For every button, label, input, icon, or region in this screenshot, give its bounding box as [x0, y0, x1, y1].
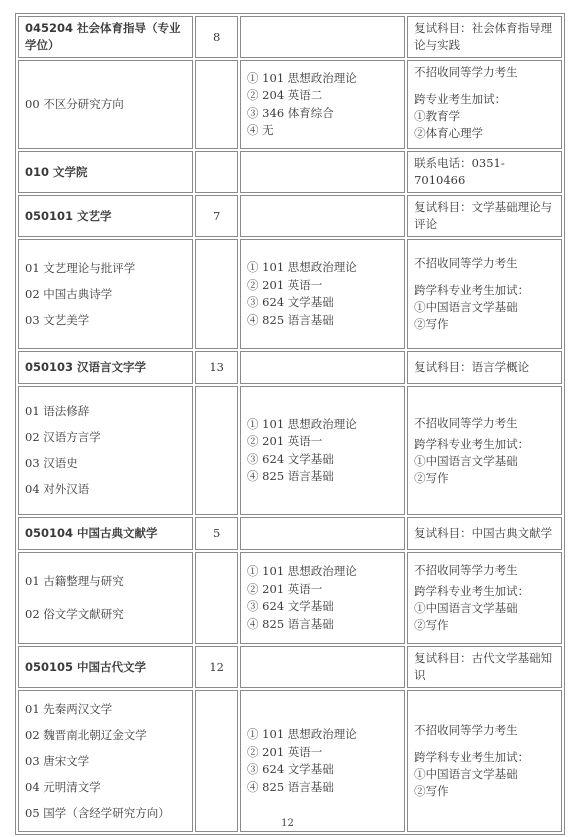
exam-subjects [240, 517, 405, 550]
detail-row: 00 不区分研究方向 ① 101 思想政治理论 ② 204 英语二 ③ 346 … [18, 60, 562, 149]
research-direction: 02 俗文学文献研究 [25, 606, 186, 623]
exam-subject: ① 101 思想政治理论 [247, 70, 398, 88]
remarks: 复试科目：中国古典文献学 [407, 517, 562, 550]
remark-extra-subject: ②写作 [414, 617, 555, 634]
exam-subject: ② 201 英语一 [247, 277, 398, 295]
remark-no-equivalent: 不招收同等学力考生 [414, 255, 555, 272]
exam-subject: ③ 624 文学基础 [247, 451, 398, 469]
remark-extra-exam: 跨学科专业考生加试： [414, 583, 555, 600]
enrollment-quota: 8 [195, 16, 238, 58]
enrollment-quota: 12 [195, 646, 238, 688]
research-direction: 03 唐宋文学 [25, 753, 186, 770]
research-direction: 01 先秦两汉文学 [25, 701, 186, 718]
remark-no-equivalent: 不招收同等学力考生 [414, 64, 555, 81]
remark-extra-exam: 跨专业考生加试： [414, 91, 555, 108]
exam-subject: ④ 825 语言基础 [247, 779, 398, 797]
detail-row: 01 先秦两汉文学 02 魏晋南北朝辽金文学 03 唐宋文学 04 元明清文学 … [18, 690, 562, 832]
exam-subjects: ① 101 思想政治理论 ② 201 英语一 ③ 624 文学基础 ④ 825 … [240, 690, 405, 832]
major-row: 050103 汉语言文字学 13 复试科目：语言学概论 [18, 351, 562, 384]
exam-subject: ② 204 英语二 [247, 87, 398, 105]
exam-subject: ④ 825 语言基础 [247, 312, 398, 330]
research-direction: 01 语法修辞 [25, 403, 186, 420]
remarks: 复试科目：社会体育指导理论与实践 [407, 16, 562, 58]
research-direction: 01 古籍整理与研究 [25, 573, 186, 590]
exam-subject: ① 101 思想政治理论 [247, 259, 398, 277]
exam-subject: ① 101 思想政治理论 [247, 563, 398, 581]
remark-extra-exam: 跨学科专业考生加试： [414, 282, 555, 299]
exam-subjects: ① 101 思想政治理论 ② 201 英语一 ③ 624 文学基础 ④ 825 … [240, 239, 405, 349]
research-direction: 03 文艺美学 [25, 312, 186, 329]
remarks: 不招收同等学力考生 跨学科专业考生加试： ①中国语言文学基础 ②写作 [407, 239, 562, 349]
major-name: 050103 汉语言文字学 [18, 351, 193, 384]
remarks: 复试科目：文学基础理论与评论 [407, 195, 562, 237]
enrollment-quota [195, 239, 238, 349]
detail-row: 01 文艺理论与批评学 02 中国古典诗学 03 文艺美学 ① 101 思想政治… [18, 239, 562, 349]
research-direction: 02 汉语方言学 [25, 429, 186, 446]
remark-extra-subject: ①中国语言文学基础 [414, 299, 555, 316]
detail-row: 01 古籍整理与研究 02 俗文学文献研究 ① 101 思想政治理论 ② 201… [18, 552, 562, 644]
research-directions: 00 不区分研究方向 [18, 60, 193, 149]
exam-subjects [240, 151, 405, 193]
enrollment-quota: 13 [195, 351, 238, 384]
remark-extra-subject: ②写作 [414, 783, 555, 800]
exam-subject: ④ 无 [247, 122, 398, 140]
remark-extra-subject: ①中国语言文学基础 [414, 453, 555, 470]
remark-no-equivalent: 不招收同等学力考生 [414, 722, 555, 739]
enrollment-quota [195, 690, 238, 832]
exam-subjects: ① 101 思想政治理论 ② 204 英语二 ③ 346 体育综合 ④ 无 [240, 60, 405, 149]
remark-extra-subject: ②写作 [414, 470, 555, 487]
major-name: 045204 社会体育指导（专业学位） [18, 16, 193, 58]
exam-subjects [240, 195, 405, 237]
exam-subject: ③ 346 体育综合 [247, 105, 398, 123]
detail-row: 01 语法修辞 02 汉语方言学 03 汉语史 04 对外汉语 ① 101 思想… [18, 386, 562, 515]
exam-subject: ① 101 思想政治理论 [247, 726, 398, 744]
remark-no-equivalent: 不招收同等学力考生 [414, 562, 555, 579]
remark-extra-subject: ②体育心理学 [414, 125, 555, 142]
major-row: 050104 中国古典文献学 5 复试科目：中国古典文献学 [18, 517, 562, 550]
remarks: 不招收同等学力考生 跨学科专业考生加试： ①中国语言文学基础 ②写作 [407, 552, 562, 644]
exam-subject: ③ 624 文学基础 [247, 598, 398, 616]
contact-phone: 联系电话：0351-7010466 [407, 151, 562, 193]
remark-extra-subject: ①中国语言文学基础 [414, 766, 555, 783]
major-name: 050104 中国古典文献学 [18, 517, 193, 550]
enrollment-quota [195, 386, 238, 515]
remark-extra-exam: 跨学科专业考生加试： [414, 436, 555, 453]
research-direction: 04 元明清文学 [25, 779, 186, 796]
exam-subjects [240, 351, 405, 384]
admissions-catalog-table: 045204 社会体育指导（专业学位） 8 复试科目：社会体育指导理论与实践 0… [15, 13, 565, 835]
research-direction: 00 不区分研究方向 [25, 96, 186, 113]
exam-subject: ② 201 英语一 [247, 581, 398, 599]
remarks: 不招收同等学力考生 跨学科专业考生加试： ①中国语言文学基础 ②写作 [407, 386, 562, 515]
remark-extra-subject: ①教育学 [414, 108, 555, 125]
document-page: 045204 社会体育指导（专业学位） 8 复试科目：社会体育指导理论与实践 0… [0, 0, 575, 837]
remarks: 不招收同等学力考生 跨学科专业考生加试： ①中国语言文学基础 ②写作 [407, 690, 562, 832]
exam-subject: ④ 825 语言基础 [247, 468, 398, 486]
research-direction: 04 对外汉语 [25, 481, 186, 498]
enrollment-quota: 7 [195, 195, 238, 237]
college-name: 010 文学院 [18, 151, 193, 193]
major-row: 050105 中国古代文学 12 复试科目：古代文学基础知识 [18, 646, 562, 688]
exam-subject: ③ 624 文学基础 [247, 294, 398, 312]
exam-subjects [240, 16, 405, 58]
research-direction: 02 魏晋南北朝辽金文学 [25, 727, 186, 744]
exam-subject: ④ 825 语言基础 [247, 616, 398, 634]
exam-subject: ① 101 思想政治理论 [247, 416, 398, 434]
remark-no-equivalent: 不招收同等学力考生 [414, 415, 555, 432]
research-direction: 03 汉语史 [25, 455, 186, 472]
exam-subjects [240, 646, 405, 688]
research-directions: 01 语法修辞 02 汉语方言学 03 汉语史 04 对外汉语 [18, 386, 193, 515]
remark-extra-exam: 跨学科专业考生加试： [414, 749, 555, 766]
research-directions: 01 古籍整理与研究 02 俗文学文献研究 [18, 552, 193, 644]
remarks: 复试科目：古代文学基础知识 [407, 646, 562, 688]
exam-subject: ③ 624 文学基础 [247, 761, 398, 779]
exam-subjects: ① 101 思想政治理论 ② 201 英语一 ③ 624 文学基础 ④ 825 … [240, 386, 405, 515]
remark-extra-subject: ②写作 [414, 316, 555, 333]
research-direction: 01 文艺理论与批评学 [25, 260, 186, 277]
college-row: 010 文学院 联系电话：0351-7010466 [18, 151, 562, 193]
major-name: 050105 中国古代文学 [18, 646, 193, 688]
remarks: 不招收同等学力考生 跨专业考生加试： ①教育学 ②体育心理学 [407, 60, 562, 149]
enrollment-quota: 5 [195, 517, 238, 550]
research-directions: 01 先秦两汉文学 02 魏晋南北朝辽金文学 03 唐宋文学 04 元明清文学 … [18, 690, 193, 832]
remark-extra-subject: ①中国语言文学基础 [414, 600, 555, 617]
exam-subjects: ① 101 思想政治理论 ② 201 英语一 ③ 624 文学基础 ④ 825 … [240, 552, 405, 644]
enrollment-quota [195, 552, 238, 644]
exam-subject: ② 201 英语一 [247, 433, 398, 451]
major-name: 050101 文艺学 [18, 195, 193, 237]
research-directions: 01 文艺理论与批评学 02 中国古典诗学 03 文艺美学 [18, 239, 193, 349]
major-row: 050101 文艺学 7 复试科目：文学基础理论与评论 [18, 195, 562, 237]
research-direction: 02 中国古典诗学 [25, 286, 186, 303]
enrollment-quota [195, 151, 238, 193]
major-row: 045204 社会体育指导（专业学位） 8 复试科目：社会体育指导理论与实践 [18, 16, 562, 58]
remarks: 复试科目：语言学概论 [407, 351, 562, 384]
enrollment-quota [195, 60, 238, 149]
exam-subject: ② 201 英语一 [247, 744, 398, 762]
page-number: 12 [0, 818, 575, 829]
